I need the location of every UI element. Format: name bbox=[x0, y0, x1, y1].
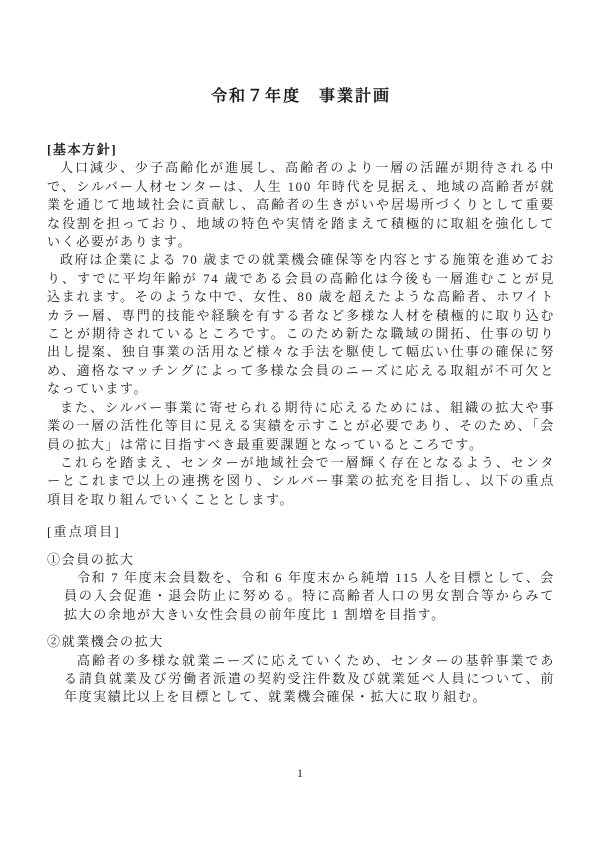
document-title: 令和７年度 事業計画 bbox=[47, 88, 555, 106]
basic-policy-paragraph-3: また、シルバー事業に寄せられる期待に応えるためには、組織の拡大や事業の一層の活性… bbox=[47, 399, 555, 454]
section-heading-priority-items: [重点項目] bbox=[47, 523, 555, 541]
section-heading-basic-policy: [基本方針] bbox=[47, 141, 555, 159]
priority-item-1: ①会員の拡大 令和 7 年度末会員数を、令和 6 年度末から純増 115 人を目… bbox=[47, 551, 555, 625]
priority-item-2-body: 高齢者の多様な就業ニーズに応えていくため、センターの基幹事業である請負就業及び労… bbox=[64, 652, 555, 707]
basic-policy-paragraph-1: 人口減少、少子高齢化が進展し、高齢者のより一層の活躍が期待される中で、シルバー人… bbox=[47, 159, 555, 251]
document-page: 令和７年度 事業計画 [基本方針] 人口減少、少子高齢化が進展し、高齢者のより一… bbox=[0, 0, 600, 849]
priority-item-1-body: 令和 7 年度末会員数を、令和 6 年度末から純増 115 人を目標として、会員… bbox=[64, 569, 555, 624]
document-content: 令和７年度 事業計画 [基本方針] 人口減少、少子高齢化が進展し、高齢者のより一… bbox=[47, 88, 555, 707]
basic-policy-paragraph-2: 政府は企業による 70 歳までの就業機会確保等を内容とする施策を進めており、すで… bbox=[47, 251, 555, 398]
priority-item-2-label: ②就業機会の拡大 bbox=[47, 633, 555, 651]
page-number: 1 bbox=[0, 765, 600, 781]
priority-item-1-label: ①会員の拡大 bbox=[47, 551, 555, 569]
basic-policy-paragraph-4: これらを踏まえ、センターが地域社会で一層輝く存在となるよう、センターとこれまで以… bbox=[47, 454, 555, 509]
priority-item-2: ②就業機会の拡大 高齢者の多様な就業ニーズに応えていくため、センターの基幹事業で… bbox=[47, 633, 555, 707]
